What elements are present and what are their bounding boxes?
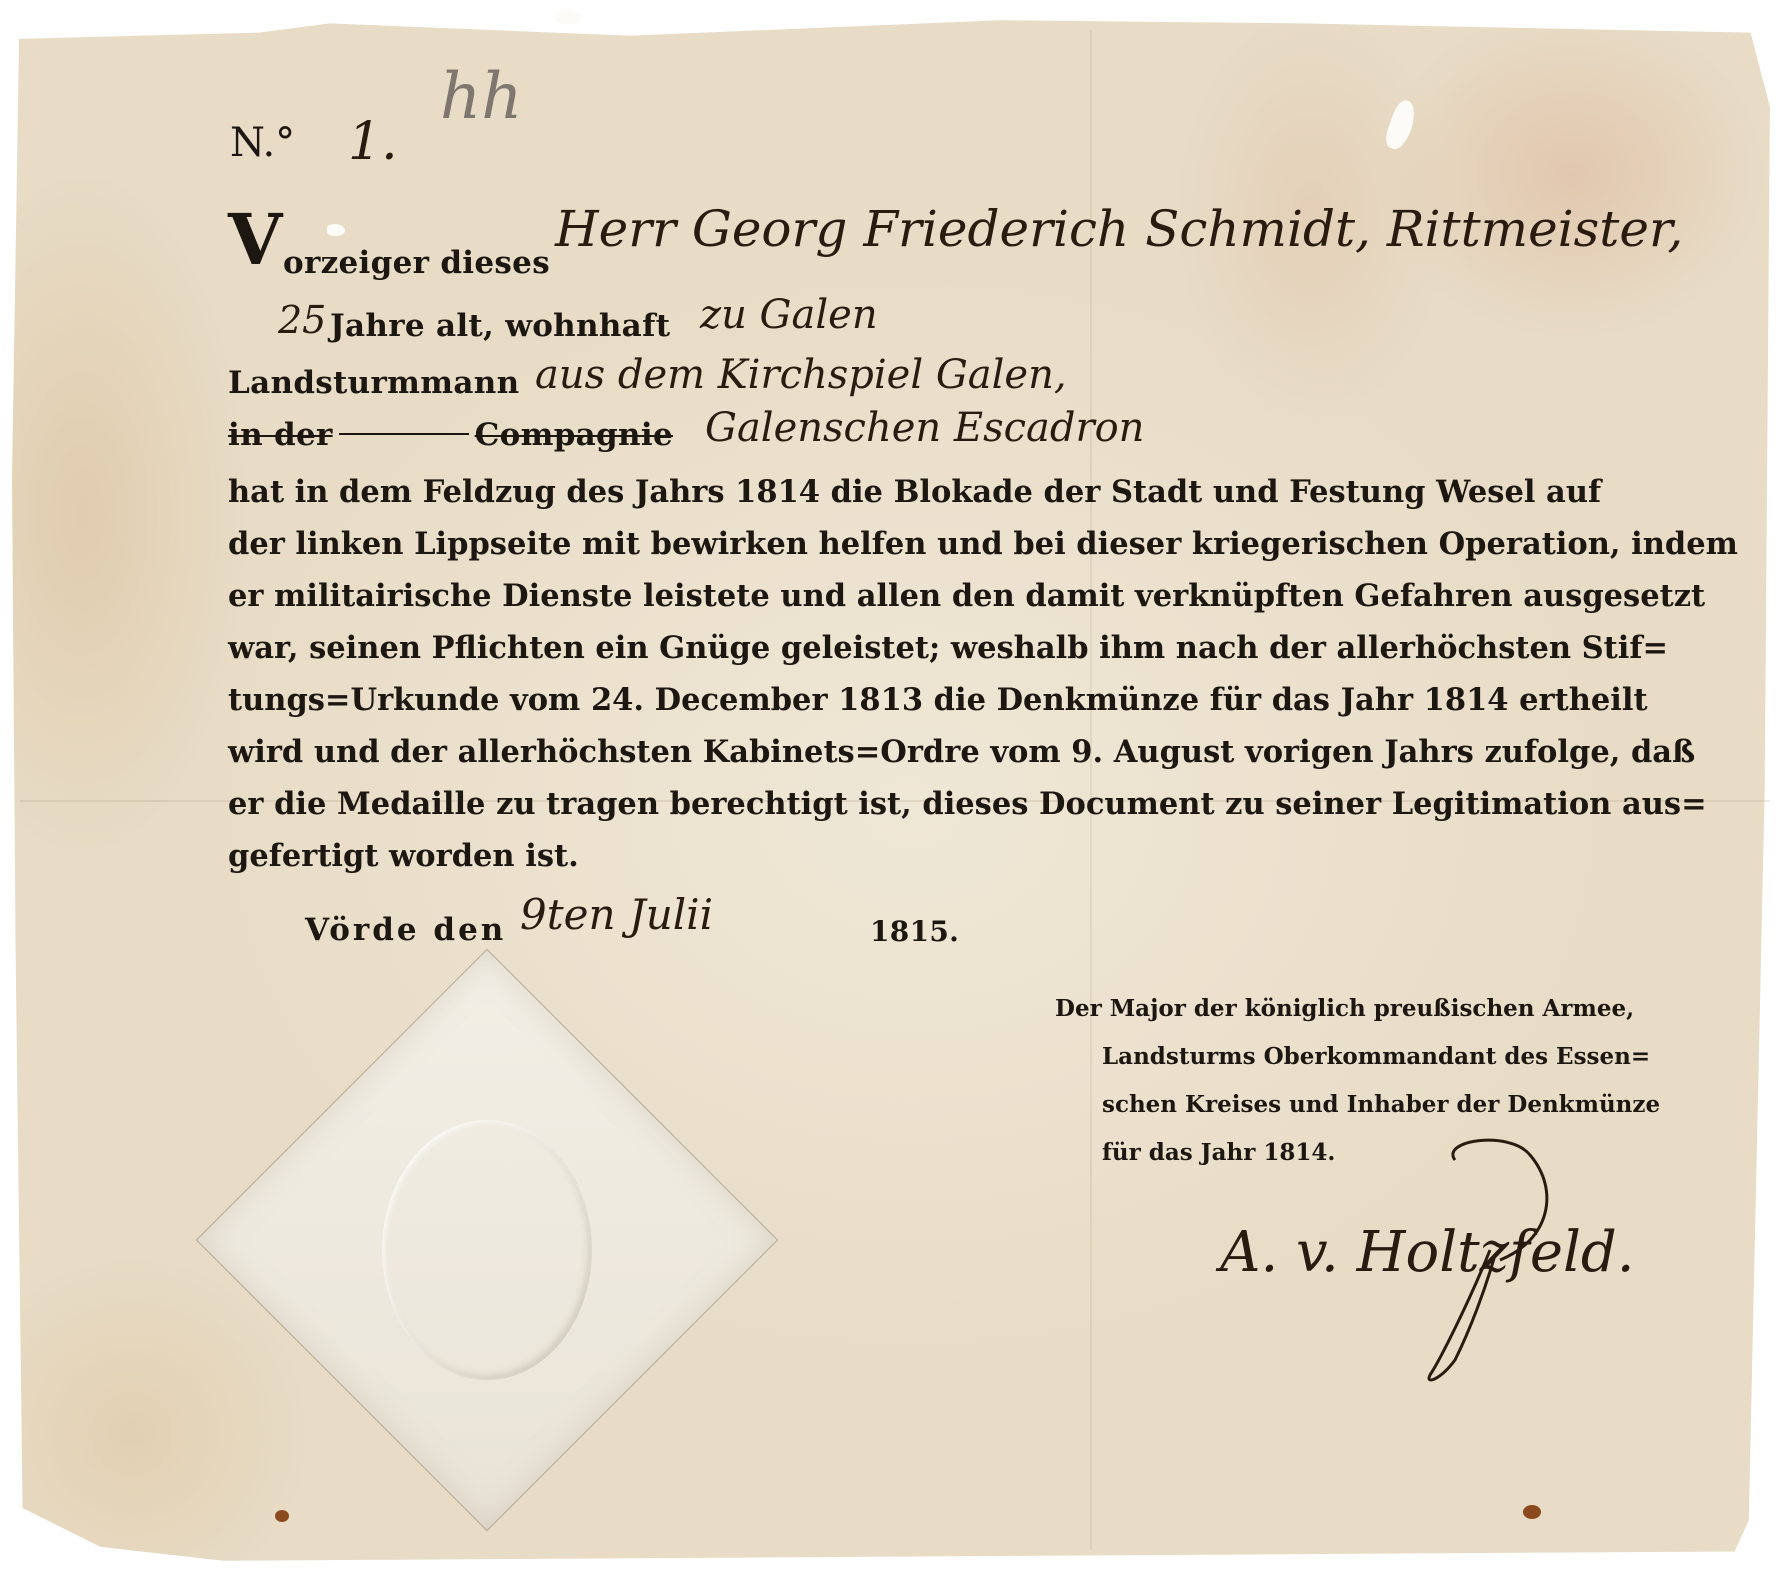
handwritten-squadron: Galenschen Escadron <box>705 405 1144 451</box>
paper-tear <box>555 10 581 24</box>
number-value: 1. <box>348 112 398 172</box>
ink-stain <box>275 1510 289 1522</box>
struck-compagnie: Compagnie <box>475 417 673 453</box>
body-line: der linken Lippseite mit bewirken helfen… <box>228 526 1738 562</box>
printed-company-struck: in derCompagnie <box>228 417 673 453</box>
body-line: er militairische Dienste leistete und al… <box>228 578 1705 614</box>
drop-cap: V <box>228 205 282 275</box>
body-line: tungs=Urkunde vom 24. December 1813 die … <box>228 682 1648 718</box>
body-line: er die Medaille zu tragen berechtigt ist… <box>228 786 1707 822</box>
signatory-line: Der Major der königlich preußischen Arme… <box>1055 995 1634 1022</box>
blank-rule <box>339 433 469 435</box>
body-line: wird und der allerhöchsten Kabinets=Ordr… <box>228 734 1695 770</box>
seal-emboss-circle <box>382 1120 592 1380</box>
date-year: 1815. <box>870 915 959 948</box>
struck-in-der: in der <box>228 417 333 453</box>
signature-flourish-icon <box>1400 1130 1640 1390</box>
handwritten-recipient-name: Herr Georg Friederich Schmidt, Rittmeist… <box>555 200 1683 258</box>
handwritten-date: 9ten Julii <box>520 890 713 939</box>
body-line: hat in dem Feldzug des Jahrs 1814 die Bl… <box>228 474 1601 510</box>
signatory-line: schen Kreises und Inhaber der Denkmünze <box>1102 1091 1660 1118</box>
handwritten-age: 25 <box>278 298 326 342</box>
handwritten-parish: aus dem Kirchspiel Galen, <box>535 352 1067 398</box>
paper-tear <box>327 224 345 236</box>
handwritten-residence: zu Galen <box>700 292 878 338</box>
printed-vorzeiger: orzeiger dieses <box>283 245 550 281</box>
printed-age-residence: Jahre alt, wohnhaft <box>330 308 670 344</box>
printed-landsturmmann: Landsturmmann <box>228 365 519 401</box>
signatory-line: Landsturms Oberkommandant des Essen= <box>1102 1043 1650 1070</box>
embossed-seal <box>182 940 802 1560</box>
pencil-note: hh <box>440 60 522 134</box>
body-line: gefertigt worden ist. <box>228 838 579 874</box>
number-label: N.° <box>230 120 295 166</box>
signatory-line: für das Jahr 1814. <box>1102 1139 1335 1166</box>
ink-stain <box>1523 1505 1541 1519</box>
body-line: war, seinen Pflichten ein Gnüge geleiste… <box>228 630 1668 666</box>
